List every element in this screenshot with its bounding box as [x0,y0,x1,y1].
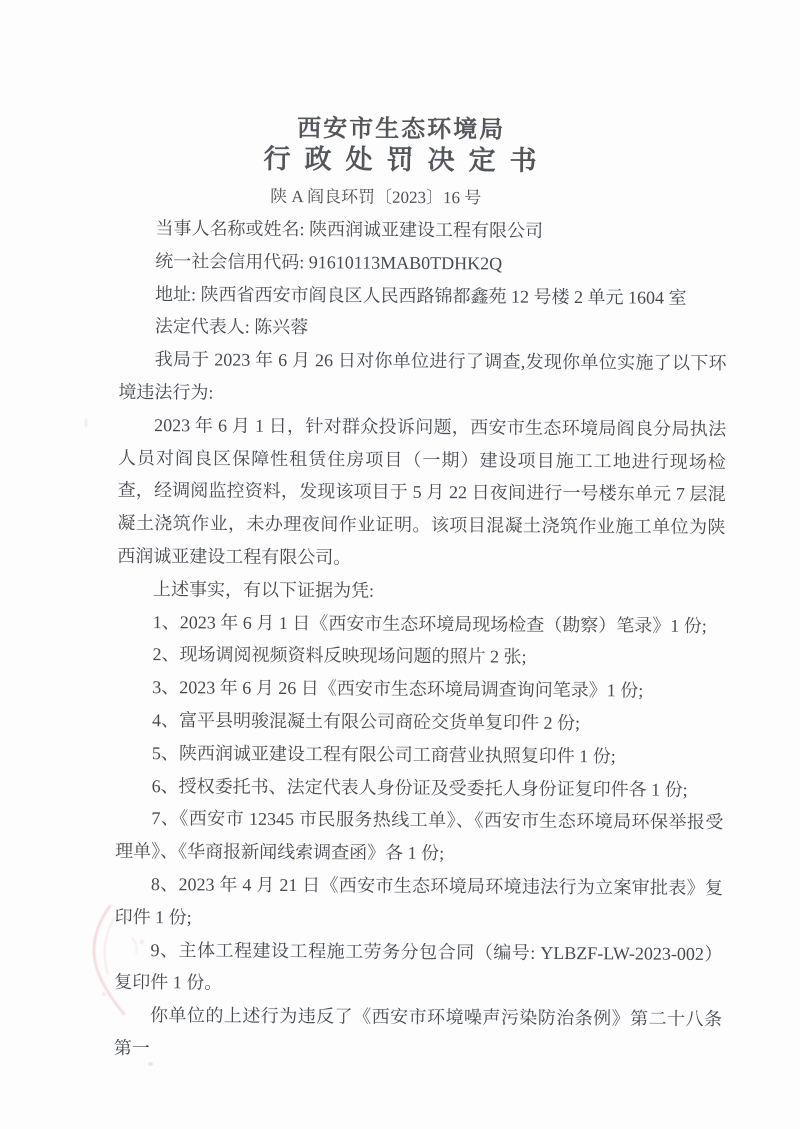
investigation-intro-paragraph: 我局于 2023 年 6 月 26 日对你单位进行了调查,发现你单位实施了以下环… [118,343,726,413]
document-body: 当事人名称或姓名: 陕西润诚亚建设工程有限公司 统一社会信用代码: 916101… [114,212,728,1069]
credit-code-line: 统一社会信用代码: 91610113MAB0TDHK2Q [119,245,727,282]
evidence-item-2: 2、现场调阅视频资料反映现场问题的照片 2 张; [116,638,724,675]
evidence-item-9: 9、主体工程建设工程施工劳务分包合同（编号: YLBZF-LW-2023-002… [114,933,722,1003]
evidence-item-8: 8、2023 年 4 月 21 日《西安市生态环境局环境违法行为立案审批表》复印… [115,868,723,938]
evidence-item-7: 7、《西安市 12345 市民服务热线工单》、《西安市生态环境局环保举报受理单》… [115,802,723,872]
evidence-item-1: 1、2023 年 6 月 1 日《西安市生态环境局现场检查（勘察）笔录》1 份; [117,605,725,642]
evidence-item-5: 5、陕西润诚亚建设工程有限公司工商营业执照复印件 1 份; [116,737,724,774]
address-line: 地址: 陕西省西安市阎良区人民西路锦都鑫苑 12 号楼 2 单元 1604 室 [119,277,727,314]
scanned-document-page: 西安市生态环境局 行政处罚决定书 陕 A 阎良环罚〔2023〕16 号 当事人名… [0,0,800,1129]
evidence-intro-line: 上述事实，有以下证据为凭: [117,573,725,610]
legal-basis-line: 你单位的上述行为违反了《西安市环境噪声污染防治条例》第二十八条第一 [114,999,722,1069]
violation-detail-paragraph: 2023 年 6 月 1 日，针对群众投诉问题，西安市生态环境局阎良分局执法人员… [117,409,726,577]
document-sheet: 西安市生态环境局 行政处罚决定书 陕 A 阎良环罚〔2023〕16 号 当事人名… [0,0,800,1129]
doc-title: 行政处罚决定书 [0,141,800,180]
legal-representative-line: 法定代表人: 陈兴蓉 [119,310,727,347]
org-title: 西安市生态环境局 [0,0,800,147]
evidence-item-6: 6、授权委托书、法定代表人身份证及受委托人身份证复印件各 1 份; [116,769,724,806]
evidence-item-4: 4、富平县明骏混凝土有限公司商砼交货单复印件 2 份; [116,704,724,741]
party-name-line: 当事人名称或姓名: 陕西润诚亚建设工程有限公司 [119,212,727,249]
doc-number: 陕 A 阎良环罚〔2023〕16 号 [0,183,776,213]
evidence-item-3: 3、2023 年 6 月 26 日《西安市生态环境局调查询问笔录》1 份; [116,671,724,708]
